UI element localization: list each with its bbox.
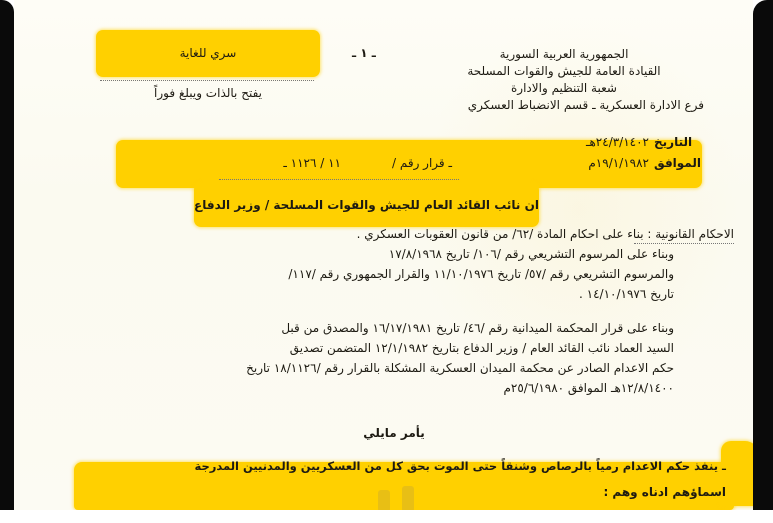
order-line-2: اسماؤهم ادناه وهم : <box>414 484 726 500</box>
classification-label: سري للغاية <box>96 45 320 61</box>
body-line-2: وبناء على المرسوم التشريعي رقم /١٠٦/ تار… <box>214 246 674 262</box>
photo-border-left <box>0 0 14 510</box>
body-line-7: حكم الاعدام الصادر عن محكمة الميدان العس… <box>104 360 674 376</box>
page-number: ـ ١ ـ <box>352 45 376 61</box>
body-line-5: وبناء على قرار المحكمة الميدانية رقم /٤٦… <box>104 320 674 336</box>
body-line-4: تاريخ ١٤/١٠/١٩٧٦ . <box>414 286 674 302</box>
document-photo: سري للغاية يفتح بالذات ويبلغ فوراً ـ ١ ـ… <box>0 0 773 523</box>
header-command: القيادة العامة للجيش والقوات المسلحة <box>434 63 694 79</box>
date-block-underline <box>219 179 459 180</box>
order-line-1: ـ ينفذ حكم الاعدام رمياً بالرصاص وشنقاً … <box>76 458 726 474</box>
body-line-8: ١٢/٨/١٤٠٠هـ الموافق ٢٥/٦/١٩٨٠م <box>314 380 674 396</box>
issuer-line: ان نائب القائد العام للجيش والقوات المسل… <box>194 197 539 213</box>
legal-provisions-underline <box>634 243 734 244</box>
date-hijri-label: التاريخ <box>654 134 692 150</box>
date-hijri-value: ٢٤/٣/١٤٠٢هـ <box>539 134 649 150</box>
document-page: سري للغاية يفتح بالذات ويبلغ فوراً ـ ١ ـ… <box>14 0 753 510</box>
header-branch: فرع الادارة العسكرية ـ قسم الانضباط العس… <box>434 97 704 113</box>
decision-number: ١١ / ١١٢٦ ـ <box>226 155 341 171</box>
ghost-mark <box>402 486 414 512</box>
decision-label: ـ قرار رقم / <box>344 155 452 171</box>
photo-border-right <box>753 0 773 510</box>
header-division: شعبة التنظيم والادارة <box>434 80 694 96</box>
header-country: الجمهورية العربية السورية <box>434 46 694 62</box>
ghost-mark <box>378 490 390 512</box>
classification-note: يفتح بالذات ويبلغ فوراً <box>96 85 320 101</box>
date-gregorian-label: الموافق <box>654 155 701 171</box>
order-heading: يأمر مايلي <box>314 425 474 441</box>
date-gregorian-value: ١٩/١/١٩٨٢م <box>539 155 649 171</box>
classification-underline <box>100 80 314 81</box>
photo-border-bottom <box>0 510 773 523</box>
body-line-3: والمرسوم التشريعي رقم /٥٧/ تاريخ ١١/١٠/١… <box>154 266 674 282</box>
body-line-1: الاحكام القانونية : بناء على احكام الماد… <box>214 226 734 242</box>
body-line-6: السيد العماد نائب القائد العام / وزير ال… <box>104 340 674 356</box>
